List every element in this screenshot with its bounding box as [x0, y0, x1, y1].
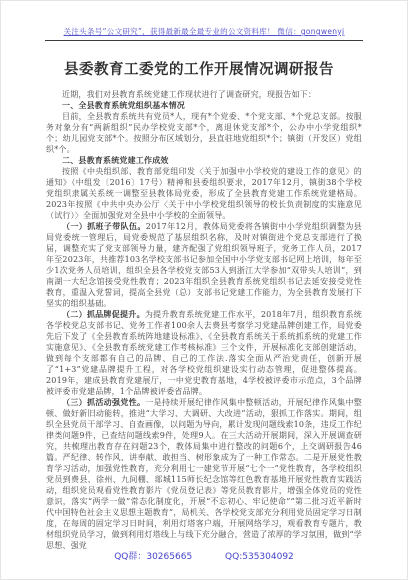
section-heading: 二、县教育系统党建工作成效: [46, 155, 362, 166]
paragraph-text: 近期，我们对县教育系统党建工作现状进行了调查研究，现报告如下：: [62, 90, 316, 99]
paragraph: 目前，全县教育系统共有党员*人，现有*个党委、*个党支部、*个党总支部。按服务对…: [46, 111, 362, 155]
qq-number: QQ:535304092: [225, 552, 294, 562]
paragraph-lead: （二）抓品牌促提升。: [62, 309, 145, 319]
paragraph: （三）抓活动强党性。一是持续开展纪律作风集中整顿活动，开展纪律作风集中整顿、做好…: [46, 397, 362, 551]
document-body: 近期，我们对县教育系统党建工作现状进行了调查研究，现报告如下：一、全县教育系统党…: [46, 89, 362, 551]
paragraph-lead: （一）抓班子带队伍。: [62, 221, 146, 231]
header-banner-text: 关注头条号“公文研究”，获得最新最全最专业的公文资料库！ 微信：gongweny…: [64, 27, 345, 36]
paragraph-text: 2017年12月，教体局党委将各镇街中小学党组织调整为县局党委统一管理后，局党委…: [46, 222, 362, 308]
paragraph: （二）抓品牌促提升。为提升教育系统党建工作水平，2018年7月，组织教育系统各学…: [46, 309, 362, 397]
paragraph: （一）抓班子带队伍。2017年12月，教体局党委将各镇街中小学党组织调整为县局党…: [46, 221, 362, 309]
paragraph-text: 一是持续开展纪律作风集中整顿活动，开展纪律作风集中整顿、做好新旧动能转，推进“大…: [46, 398, 362, 550]
page-title: 县委教育工委党的工作开展情况调研报告: [45, 58, 363, 79]
header-banner: 关注头条号“公文研究”，获得最新最全最专业的公文资料库！ 微信：gongweny…: [1, 26, 407, 37]
paragraph-lead: 一、全县教育系统党组织基本情况: [62, 100, 185, 110]
paragraph-text: 为提升教育系统党建工作水平，2018年7月，组织教育系统各学校党总支部书记、党务…: [46, 310, 362, 396]
paragraph-lead: 二、县教育系统党建工作成效: [62, 155, 169, 165]
header-divider: [45, 40, 363, 41]
paragraph-text: 按照《中央组织部、教育部党组印发〈关于加强中小学校党的建设工作的意见〉的通知》（…: [46, 167, 362, 220]
paragraph: 近期，我们对县教育系统党建工作现状进行了调查研究，现报告如下：: [46, 89, 362, 100]
footer-contact: QQ群：30265665 QQ:535304092: [1, 549, 407, 562]
paragraph-text: 目前，全县教育系统共有党员*人，现有*个党委、*个党支部、*个党总支部。按服务对…: [46, 112, 362, 154]
section-heading: 一、全县教育系统党组织基本情况: [46, 100, 362, 111]
paragraph-lead: （三）抓活动强党性。: [62, 397, 145, 407]
qq-group-number: QQ群：30265665: [114, 552, 192, 562]
document-page: 关注头条号“公文研究”，获得最新最全最专业的公文资料库！ 微信：gongweny…: [0, 0, 408, 580]
paragraph: 按照《中央组织部、教育部党组印发〈关于加强中小学校党的建设工作的意见〉的通知》（…: [46, 166, 362, 221]
